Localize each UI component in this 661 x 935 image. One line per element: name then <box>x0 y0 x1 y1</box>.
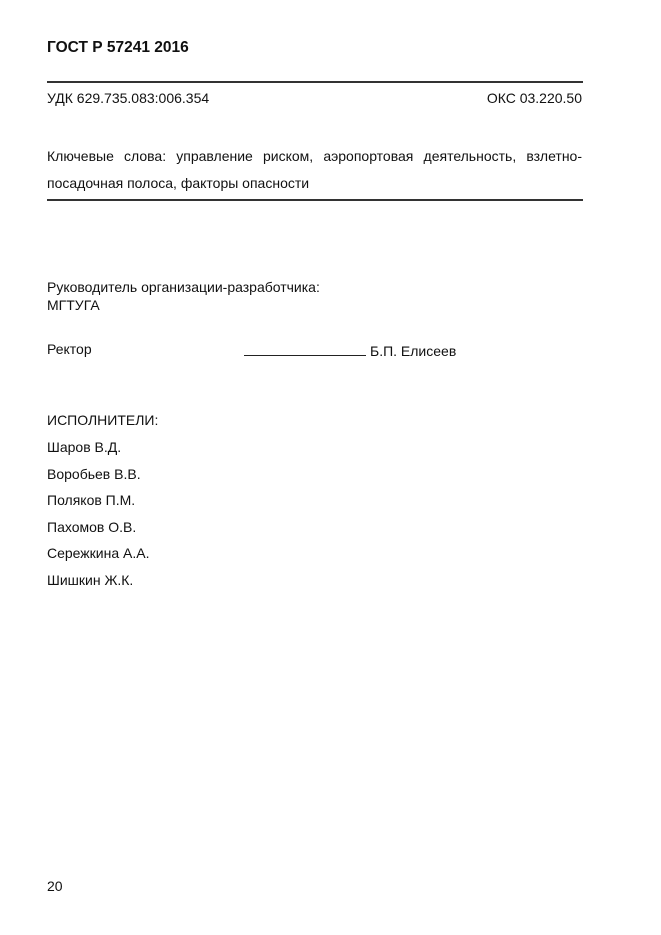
performer-item: Поляков П.М. <box>47 492 149 519</box>
signatory-position: Ректор <box>47 341 92 357</box>
performers-title: ИСПОЛНИТЕЛИ: <box>47 412 158 428</box>
performer-item: Пахомов О.В. <box>47 519 149 546</box>
standard-designation: ГОСТ Р 57241 2016 <box>47 39 189 57</box>
udk-code: УДК 629.735.083:006.354 <box>47 90 209 106</box>
performer-item: Шаров В.Д. <box>47 439 149 466</box>
performer-item: Воробьев В.В. <box>47 466 149 493</box>
developer-label: Руководитель организации-разработчика: <box>47 279 320 295</box>
performers-list: Шаров В.Д. Воробьев В.В. Поляков П.М. Па… <box>47 439 149 599</box>
standard-number: 57241 2016 <box>107 39 189 56</box>
performer-item: Сережкина А.А. <box>47 545 149 572</box>
keywords-divider <box>47 199 583 201</box>
top-divider <box>47 81 583 83</box>
signatory-name: Б.П. Елисеев <box>370 343 456 359</box>
signature-block: Б.П. Елисеев <box>244 341 456 359</box>
developer-organization: МГТУГА <box>47 297 100 313</box>
signature-line <box>244 341 366 356</box>
oks-code: ОКС 03.220.50 <box>487 90 582 106</box>
page-number: 20 <box>47 878 63 894</box>
keywords-paragraph: Ключевые слова: управление риском, аэроп… <box>47 143 582 197</box>
standard-prefix: ГОСТ Р <box>47 39 103 56</box>
performer-item: Шишкин Ж.К. <box>47 572 149 599</box>
